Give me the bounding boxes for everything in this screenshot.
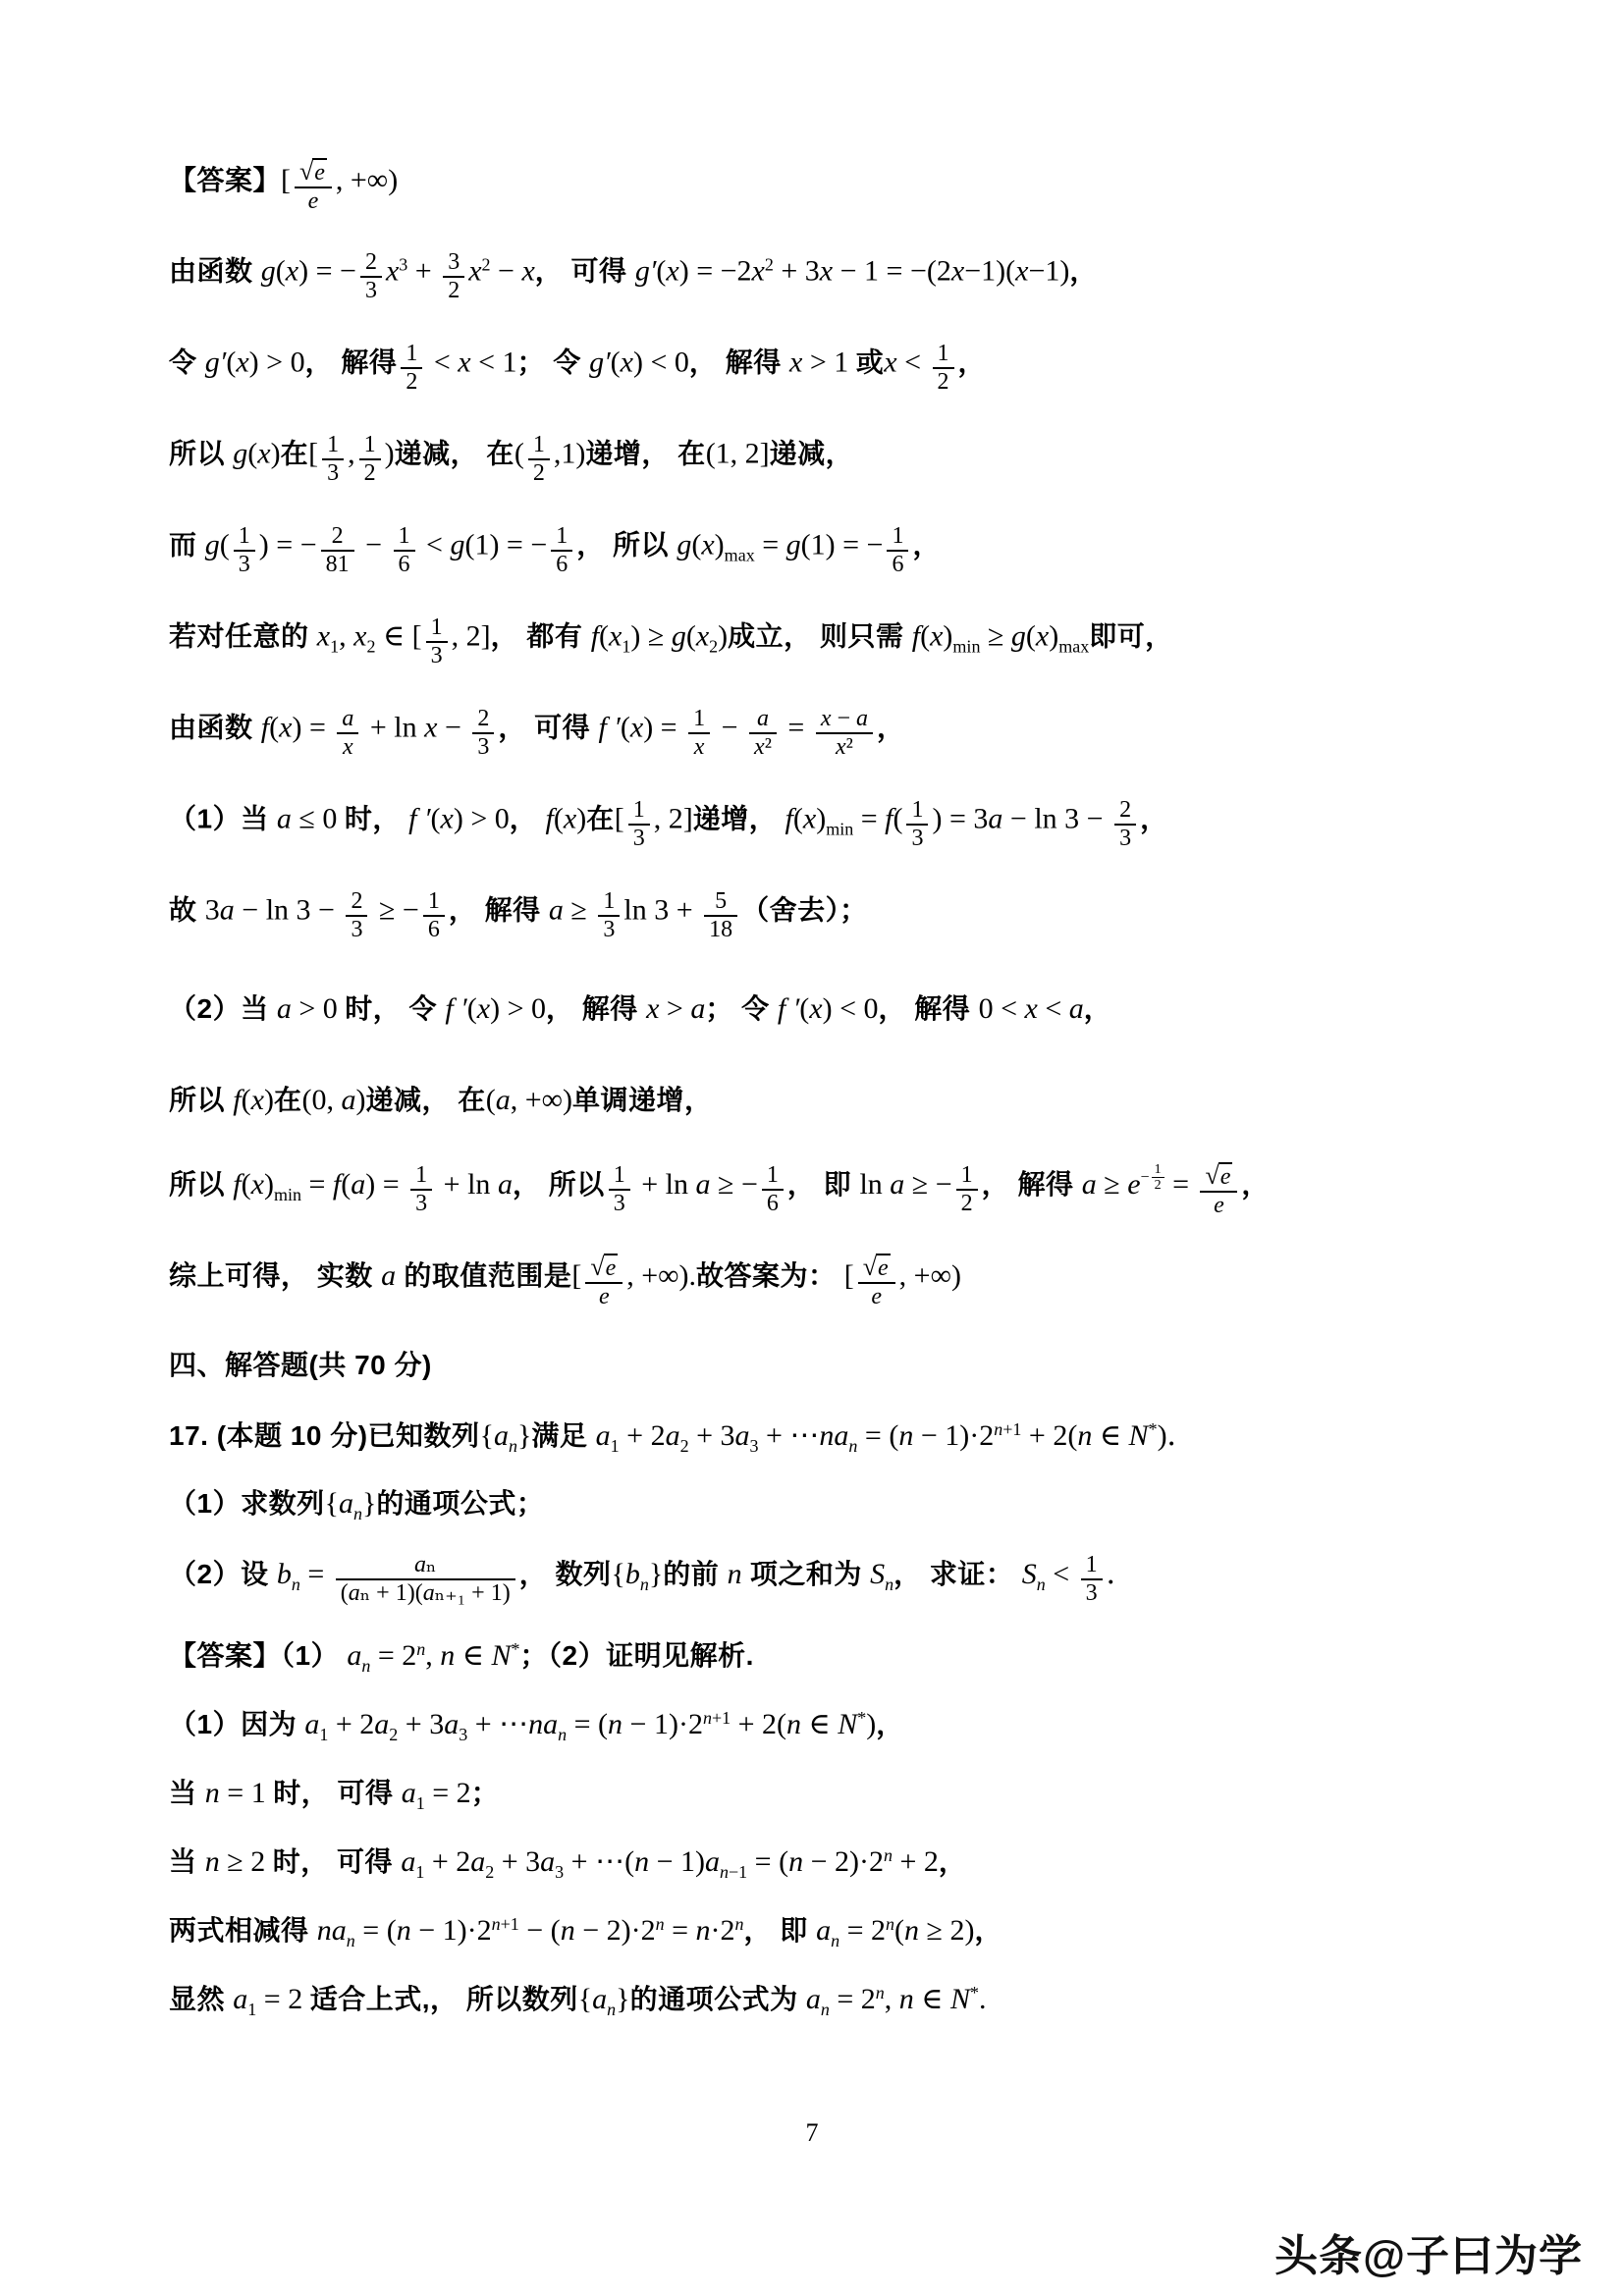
math-run: a [220, 894, 235, 927]
text-run: 项之和为 [742, 1559, 871, 1589]
math-run: g [672, 620, 686, 653]
math-run: ) > 0 [249, 347, 305, 379]
subscript: min [952, 637, 980, 657]
watermark-toutiao: 头条@子曰为学 [1274, 2220, 1583, 2283]
subscript: min [826, 820, 853, 839]
fraction: 13 [598, 888, 620, 943]
math-run: − 2)·2 [803, 1845, 884, 1878]
section-header: 四、解答题(共 70 分) [169, 1342, 1506, 1385]
math-run: g [786, 529, 801, 561]
math-run: ( [269, 712, 279, 744]
superscript: n [656, 1914, 665, 1934]
math-run: ) = − [259, 529, 317, 561]
math-run: − [358, 529, 390, 561]
math-run: } [517, 1419, 531, 1452]
sqrt-e-over-e-fraction: √ee [1200, 1161, 1237, 1219]
subscript: 2 [709, 637, 718, 657]
superscript: n [876, 1983, 885, 2002]
text-run: ， [1140, 804, 1168, 834]
text-run: （1）因为 [169, 1709, 304, 1739]
text-run: ， 解得 [546, 993, 646, 1024]
math-run: − ( [519, 1914, 561, 1947]
math-run: n [788, 1845, 803, 1878]
fraction: 13 [322, 432, 344, 487]
text-run: ， [877, 713, 905, 743]
math-run: ∈ [801, 1708, 838, 1740]
math-run: − ln 3 − [1002, 803, 1110, 835]
math-run: , [348, 438, 355, 470]
text-run: 由函数 [169, 256, 261, 287]
math-run: [ [844, 1259, 854, 1292]
math-run: = 2 [256, 1983, 309, 2015]
math-run: a [381, 1259, 396, 1292]
subscript: n [885, 1575, 893, 1594]
math-run: { [611, 1558, 624, 1590]
subscript: min [274, 1185, 301, 1204]
math-run: ·2 [711, 1914, 735, 1947]
math-run: x [930, 620, 943, 653]
superscript: * [1149, 1419, 1158, 1439]
g-intervals-line: 所以 g(x)在[13,12)递减， 在(12,1)递增， 在(1, 2]递减， [169, 429, 1506, 490]
subscript: n [607, 2000, 616, 2019]
math-run: + ln [436, 1168, 498, 1201]
subscript: 1 [330, 637, 339, 657]
text-run: ， [912, 530, 941, 561]
math-run: ( [686, 620, 696, 653]
math-run: = 1 [220, 1777, 273, 1809]
text-run: ， 即 [787, 1169, 860, 1200]
subscript: 1 [319, 1725, 328, 1744]
superscript: n [886, 1914, 894, 1934]
math-run: − 1) [649, 1845, 705, 1878]
math-run: > [659, 992, 690, 1025]
math-run: = ( [355, 1914, 397, 1947]
math-run: ) = − [298, 255, 356, 288]
text-run: ， 解得 [982, 1169, 1082, 1200]
math-run: f ′ [598, 712, 620, 744]
fraction: x − ax² [816, 706, 873, 761]
math-run: − 1 = −(2 [833, 255, 951, 288]
math-run: g [205, 529, 220, 561]
math-run: − 1)·2 [411, 1914, 492, 1947]
text-run: ； 令 [517, 347, 590, 378]
subscript: 1 [415, 1862, 424, 1882]
fraction: 13 [906, 797, 928, 852]
math-run: e [1127, 1168, 1140, 1201]
superscript: 2 [765, 255, 774, 275]
text-run: ， 都有 [491, 621, 591, 652]
fraction: 281 [321, 523, 354, 578]
text-run: ， 求证： [893, 1559, 1022, 1589]
math-run: ) [264, 1168, 274, 1201]
text-run: 显然 [169, 1984, 233, 2014]
text-run: ， [1084, 993, 1112, 1024]
math-run: ln [859, 1168, 890, 1201]
math-run: −1)( [964, 255, 1015, 288]
math-run: x [521, 255, 534, 288]
math-run: f [261, 712, 269, 744]
math-run: f ′ [408, 803, 430, 835]
g-function-derivative-line: 由函数 g(x) = −23x3 + 32x2 − x， 可得 g′(x) = … [169, 246, 1506, 307]
math-run: x [646, 992, 659, 1025]
math-run: na [528, 1708, 558, 1740]
math-run: (1) = − [464, 529, 547, 561]
math-run: { [325, 1487, 339, 1520]
math-run: g [677, 529, 691, 561]
math-run: f ′ [445, 992, 466, 1025]
document-page: 【答案】[√ee, +∞)由函数 g(x) = −23x3 + 32x2 − x… [0, 0, 1624, 2296]
math-run: x [666, 255, 678, 288]
superscript: n+1 [994, 1419, 1021, 1439]
math-run: ) = 3 [932, 803, 988, 835]
math-run: a [695, 1168, 710, 1201]
math-run: a [401, 1845, 415, 1878]
text-run: 故 [169, 895, 205, 926]
math-run: f [233, 1168, 241, 1201]
fraction: 23 [1114, 797, 1136, 852]
text-run: 而 [169, 530, 205, 561]
math-run: a [339, 1487, 353, 1520]
math-run: a [374, 1708, 389, 1740]
math-run: g′ [635, 255, 657, 288]
f-monotonic-line: 所以 f(x)在(0, a)递减， 在(a, +∞)单调递增， [169, 1068, 1506, 1129]
superscript: n [884, 1845, 893, 1865]
math-run: n [561, 1914, 575, 1947]
math-run: ( [220, 529, 230, 561]
math-run: a [540, 1845, 555, 1878]
math-run: n [696, 1914, 711, 1947]
text-run: 的通项公式； [376, 1488, 544, 1519]
math-run: + 2 [893, 1845, 939, 1878]
math-run: x [630, 712, 643, 744]
sqrt-e-over-e-fraction: √ee [295, 157, 332, 215]
superscript-fraction: −12 [1141, 1162, 1165, 1194]
math-run: ( [893, 803, 902, 835]
subscript: n−1 [720, 1862, 747, 1882]
math-run: = 2 [839, 1914, 886, 1947]
math-run: n [728, 1558, 742, 1590]
text-run: 【答案】 [169, 165, 281, 195]
math-run: ( [341, 1168, 351, 1201]
math-run: x [809, 992, 822, 1025]
subscript: n [292, 1575, 300, 1594]
math-run: , +∞) [511, 1084, 572, 1116]
text-run: （舍去）； [741, 895, 868, 926]
math-run: n [440, 1639, 455, 1672]
math-run: a [341, 1084, 355, 1116]
text-run: 两式相减得 [169, 1915, 317, 1946]
sqrt-e-over-e-fraction: √ee [858, 1253, 895, 1310]
math-run: ,1) [554, 438, 586, 470]
math-run: n [898, 1419, 913, 1452]
math-run: − ln 3 − [235, 894, 343, 927]
text-run: 所以 [169, 439, 233, 469]
math-run: , +∞). [626, 1259, 696, 1292]
subscript: max [725, 546, 755, 565]
text-run: 当 [169, 1846, 205, 1877]
math-run: ) [264, 1084, 274, 1116]
fraction: 13 [426, 614, 448, 669]
math-run: ∈ [914, 1983, 950, 2015]
math-run: ( [621, 712, 630, 744]
math-run: x [803, 803, 816, 835]
solution-n2-line: 当 n ≥ 2 时， 可得 a1 + 2a2 + 3a3 + ⋯(n − 1)a… [169, 1839, 1506, 1882]
math-run: b [277, 1558, 292, 1590]
superscript: n+1 [492, 1914, 519, 1934]
math-run: , +∞) [899, 1259, 961, 1292]
solution-conclusion-line: 显然 a1 = 2 适合上式,， 所以数列{an}的通项公式为 an = 2n,… [169, 1976, 1506, 2019]
math-run: na [317, 1914, 347, 1947]
math-run: n [1077, 1419, 1092, 1452]
subscript: n [640, 1575, 649, 1594]
math-run: f ′ [778, 992, 799, 1025]
math-run: ( [554, 803, 564, 835]
subscript: 3 [459, 1725, 467, 1744]
subscript: 3 [750, 1436, 759, 1456]
fraction: 1x [688, 706, 710, 761]
text-run: 若对任意的 [169, 621, 317, 652]
text-run: 在 [274, 1085, 302, 1115]
math-run: − [437, 712, 468, 744]
text-run: （2）设 [169, 1559, 277, 1589]
subscript: n [347, 1931, 355, 1950]
math-run: ) = [292, 712, 333, 744]
f-min-solve-line: 所以 f(x)min = f(a) = 13 + ln a， 所以13 + ln… [169, 1159, 1506, 1220]
subscript: n [353, 1504, 362, 1523]
text-run: 【答案】（1） [169, 1640, 347, 1671]
fraction: 13 [628, 797, 650, 852]
math-run: ) [943, 620, 952, 653]
math-run: = [301, 1168, 333, 1201]
math-run: ) [718, 620, 728, 653]
math-run: b [625, 1558, 640, 1590]
conclusion-line: 综上可得， 实数 a 的取值范围是[√ee, +∞).故答案为： [√ee, +… [169, 1251, 1506, 1311]
math-run: a [496, 1084, 511, 1116]
math-run: < [1046, 1558, 1077, 1590]
problem-17-part1-line: （1）求数列{an}的通项公式； [169, 1480, 1506, 1523]
text-run: 17. (本题 10 分)已知数列 [169, 1420, 480, 1451]
subscript: 2 [389, 1725, 398, 1744]
fraction: 12 [1152, 1162, 1164, 1194]
text-run: （1）当 [169, 804, 277, 834]
math-run: ≥ 2) [919, 1914, 974, 1947]
math-run: } [649, 1558, 663, 1590]
math-run: x [279, 712, 292, 744]
math-run: N [1129, 1419, 1149, 1452]
text-run: 所以 [169, 1169, 233, 1200]
math-run: , +∞) [336, 164, 398, 196]
math-run: ( [514, 438, 524, 470]
subscript: n [558, 1725, 567, 1744]
math-run: a [735, 1419, 750, 1452]
math-run: 0 < [979, 992, 1025, 1025]
math-run: a [596, 1419, 611, 1452]
text-run: ， [1069, 256, 1098, 287]
text-run: 递减， [770, 439, 854, 469]
math-run: x [386, 255, 399, 288]
fraction: 12 [401, 341, 422, 396]
text-run: ， [958, 347, 987, 378]
math-run: { [480, 1419, 494, 1452]
solution-subtract-line: 两式相减得 nan = (n − 1)·2n+1 − (n − 2)·2n = … [169, 1907, 1506, 1950]
math-run: + 2 [620, 1419, 666, 1452]
math-run: ) > 0 [454, 803, 510, 835]
text-run: 令 [169, 347, 205, 378]
fraction: 16 [887, 523, 908, 578]
text-run: 所以 [169, 1085, 233, 1115]
math-run: x [353, 620, 366, 653]
text-run: 时， 可得 [273, 1778, 402, 1808]
text-run: ； 令 [705, 993, 778, 1024]
text-run: ， 所以 [513, 1169, 605, 1200]
text-run: ， [974, 1915, 1002, 1946]
math-run: ) = [365, 1168, 406, 1201]
text-run: 综上可得， 实数 [169, 1260, 381, 1291]
math-run: + 3 [689, 1419, 735, 1452]
math-run: ( [894, 1914, 904, 1947]
math-run: ) = −2 [679, 255, 752, 288]
g-max-line: 而 g(13) = −281 − 16 < g(1) = −16， 所以 g(x… [169, 520, 1506, 581]
superscript: 2 [482, 255, 491, 275]
math-run: ( [920, 620, 930, 653]
math-run: a [690, 992, 705, 1025]
fraction: 12 [528, 432, 550, 487]
subscript: n [509, 1436, 517, 1456]
superscript: * [857, 1708, 866, 1728]
math-run: f [785, 803, 793, 835]
superscript: n [735, 1914, 744, 1934]
text-run: ， [939, 1846, 967, 1877]
math-run: S [1022, 1558, 1037, 1590]
math-run: g [450, 529, 464, 561]
math-run: + 2( [1021, 1419, 1077, 1452]
math-run: n [205, 1777, 220, 1809]
math-run: [ [571, 1259, 581, 1292]
math-run: a [277, 803, 292, 835]
math-run: N [838, 1708, 857, 1740]
math-run: − [491, 255, 522, 288]
text-run: 时， [345, 804, 408, 834]
math-run: + ln [634, 1168, 696, 1201]
math-run: ( [656, 255, 666, 288]
text-run: 满足 [531, 1420, 595, 1451]
text-run: 故答案为： [696, 1260, 844, 1291]
math-run: n [786, 1708, 801, 1740]
math-run: N [492, 1639, 512, 1672]
fraction: 518 [704, 888, 737, 943]
math-run: n [899, 1983, 914, 2015]
math-run: , 2] [654, 803, 693, 835]
math-run: ( [431, 803, 441, 835]
math-run: x [1015, 255, 1028, 288]
math-run: −1) [1028, 255, 1069, 288]
math-run: n [205, 1845, 220, 1878]
math-run: f [233, 1084, 241, 1116]
math-run: ) [271, 438, 281, 470]
sqrt-e-over-e-fraction: √ee [585, 1253, 623, 1310]
superscript: n+1 [703, 1708, 731, 1728]
case1-line: （1）当 a ≤ 0 时， f ′(x) > 0， f(x)在[13, 2]递增… [169, 794, 1506, 855]
fraction: 16 [762, 1162, 784, 1217]
text-run: ；（2）证明见解析. [520, 1640, 754, 1671]
math-run: ( [226, 347, 236, 379]
fraction: 23 [360, 249, 382, 304]
math-run: . [979, 1983, 987, 2015]
math-run: x [236, 347, 248, 379]
math-run: ( [599, 620, 609, 653]
math-run: n [904, 1914, 919, 1947]
superscript: * [512, 1639, 520, 1659]
math-run: x [251, 1168, 264, 1201]
fraction: 16 [394, 523, 415, 578]
subscript: n [821, 2000, 830, 2019]
math-run: ) [385, 438, 395, 470]
math-run: x [317, 620, 330, 653]
math-run: 3 [205, 894, 220, 927]
text-run: （2）当 [169, 993, 277, 1024]
condition-line: 若对任意的 x1, x2 ∈ [13, 2]， 都有 f(x1) ≥ g(x2)… [169, 612, 1506, 672]
math-run: a [347, 1639, 361, 1672]
math-run: a [494, 1419, 509, 1452]
fraction: ax [337, 706, 358, 761]
math-run: ∈ [455, 1639, 491, 1672]
text-run: 成立， 则只需 [728, 621, 912, 652]
math-run: ( [486, 1084, 496, 1116]
math-run: ≥ − [710, 1168, 757, 1201]
fraction: ax² [749, 706, 777, 761]
math-run: x [477, 992, 490, 1025]
math-run: = ( [857, 1419, 898, 1452]
math-run: n [634, 1845, 649, 1878]
fraction: 16 [423, 888, 445, 943]
math-run: [ [281, 164, 291, 196]
math-run: ) > 0 [490, 992, 546, 1025]
math-run: − 1)·2 [623, 1708, 703, 1740]
math-run: ≥ − [904, 1168, 951, 1201]
math-run: ) < 0 [633, 347, 689, 379]
math-run: + ⋯( [564, 1845, 634, 1878]
text-run: 适合上式,， 所以数列 [310, 1984, 578, 2014]
math-run: − 2)·2 [575, 1914, 656, 1947]
math-run: , [425, 1639, 440, 1672]
text-run: ， [510, 804, 546, 834]
math-run: < [419, 529, 451, 561]
math-run: x [789, 347, 802, 379]
math-run: ( [1026, 620, 1036, 653]
math-run: ． [1107, 1558, 1136, 1590]
text-run: 由函数 [169, 713, 261, 743]
math-run: ( [242, 1168, 251, 1201]
text-run: 时， 可得 [273, 1846, 402, 1877]
math-run: f [591, 620, 599, 653]
math-run: x [884, 347, 896, 379]
text-run: ， 解得 [449, 895, 549, 926]
text-run: 递减， 在 [365, 1085, 485, 1115]
superscript: * [970, 1983, 979, 2002]
math-run: g′ [589, 347, 611, 379]
subscript: n [831, 1931, 839, 1950]
math-run: ln 3 + [623, 894, 700, 927]
math-run: = [755, 529, 786, 561]
math-run: g [1011, 620, 1026, 653]
subscript: 1 [416, 1793, 425, 1813]
math-run: + ⋯ [759, 1419, 820, 1452]
fraction: 13 [1081, 1552, 1103, 1607]
math-run: a [1069, 992, 1084, 1025]
math-run: ( [793, 803, 803, 835]
math-run: ( [691, 529, 701, 561]
math-run: a [549, 894, 564, 927]
